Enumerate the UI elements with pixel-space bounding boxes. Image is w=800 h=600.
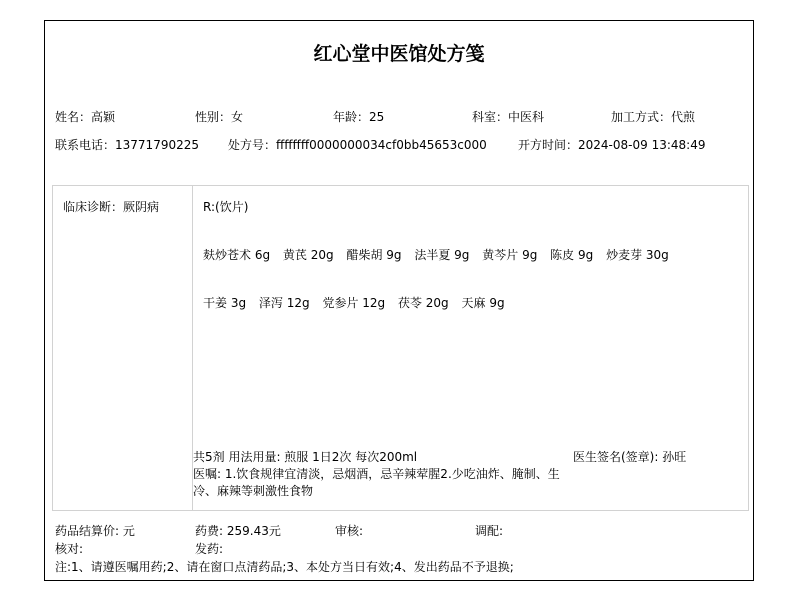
settle-price: 药品结算价: 元 xyxy=(55,523,135,539)
rx-no-label: 处方号： xyxy=(228,138,276,152)
clinical-diagnosis: 临床诊断：厥阴病 xyxy=(63,198,159,215)
phone-value: 13771790225 xyxy=(115,138,199,152)
page-title: 红心堂中医馆处方笺 xyxy=(45,39,753,66)
usage-dosage: 共5剂 用法用量: 煎服 1日2次 每次200ml xyxy=(193,448,417,465)
patient-dept: 科室：中医科 xyxy=(472,109,544,125)
patient-info-row-1: 姓名：高颖 性别：女 年龄：25 科室：中医科 加工方式：代煎 xyxy=(55,109,745,125)
herb-line-2: 干姜 3g 泽泻 12g 党参片 12g 茯苓 20g 天麻 9g xyxy=(203,294,514,311)
herb-item: 法半夏 9g xyxy=(414,248,469,262)
prescription-box: 临床诊断：厥阴病 R:(饮片) 麸炒苍术 6g 黄芪 20g 醋柴胡 9g 法半… xyxy=(52,185,749,511)
medical-advice: 医嘱: 1.饮食规律宜清淡，忌烟酒，忌辛辣荤腥2.少吃油炸、腌制、生冷、麻辣等刺… xyxy=(193,466,583,500)
herb-item: 天麻 9g xyxy=(462,296,505,310)
herb-item: 党参片 12g xyxy=(322,296,385,310)
name-label: 姓名： xyxy=(55,110,91,124)
herb-item: 干姜 3g xyxy=(203,296,246,310)
herb-item: 陈皮 9g xyxy=(550,248,593,262)
dept-value: 中医科 xyxy=(508,110,544,124)
patient-gender: 性别：女 xyxy=(195,109,243,125)
gender-label: 性别： xyxy=(195,110,231,124)
time-label: 开方时间： xyxy=(518,138,578,152)
drug-fee: 药费: 259.43元 xyxy=(195,523,281,539)
name-value: 高颖 xyxy=(91,110,115,124)
compounding: 调配: xyxy=(475,523,503,539)
advice-label: 医嘱: xyxy=(193,467,225,481)
footer-row-2: 核对: 发药: xyxy=(55,541,745,557)
checked-by: 核对: xyxy=(55,541,83,557)
advice-text: 1.饮食规律宜清淡，忌烟酒，忌辛辣荤腥2.少吃油炸、腌制、生冷、麻辣等刺激性食物 xyxy=(193,467,560,498)
footer-row-1: 药品结算价: 元 药费: 259.43元 审核: 调配: xyxy=(55,523,745,539)
prescription-sheet: 红心堂中医馆处方笺 姓名：高颖 性别：女 年龄：25 科室：中医科 加工方式：代… xyxy=(44,20,754,581)
herb-item: 炒麦芽 30g xyxy=(606,248,669,262)
rx-number: 处方号：ffffffff0000000034cf0bb45653c000 xyxy=(228,137,487,153)
herb-item: 醋柴胡 9g xyxy=(346,248,401,262)
doctor-name: 孙旺 xyxy=(662,450,686,464)
process-label: 加工方式： xyxy=(611,110,671,124)
herb-item: 泽泻 12g xyxy=(259,296,310,310)
herb-item: 黄芩片 9g xyxy=(482,248,537,262)
patient-info-row-2: 联系电话：13771790225 处方号：ffffffff0000000034c… xyxy=(55,137,745,153)
doctor-label: 医生签名(签章): xyxy=(573,450,662,464)
rx-header: R:(饮片) xyxy=(203,198,248,215)
herb-item: 麸炒苍术 6g xyxy=(203,248,270,262)
rx-no-value: ffffffff0000000034cf0bb45653c000 xyxy=(276,138,487,152)
fee-label: 药费: xyxy=(195,524,227,538)
rx-time: 开方时间：2024-08-09 13:48:49 xyxy=(518,137,705,153)
doctor-signature: 医生签名(签章): 孙旺 xyxy=(573,448,686,465)
process-value: 代煎 xyxy=(671,110,695,124)
gender-value: 女 xyxy=(231,110,243,124)
dept-label: 科室： xyxy=(472,110,508,124)
diagnosis-label: 临床诊断： xyxy=(63,200,123,214)
patient-phone: 联系电话：13771790225 xyxy=(55,137,199,153)
herb-item: 黄芪 20g xyxy=(283,248,334,262)
prescription-area: R:(饮片) 麸炒苍术 6g 黄芪 20g 醋柴胡 9g 法半夏 9g 黄芩片 … xyxy=(193,186,748,510)
process-method: 加工方式：代煎 xyxy=(611,109,695,125)
diagnosis-value: 厥阴病 xyxy=(123,200,159,214)
footer-note: 注:1、请遵医嘱用药;2、请在窗口点清药品;3、本处方当日有效;4、发出药品不予… xyxy=(55,559,514,575)
time-value: 2024-08-09 13:48:49 xyxy=(578,138,705,152)
age-value: 25 xyxy=(369,110,384,124)
age-label: 年龄： xyxy=(333,110,369,124)
herb-line-1: 麸炒苍术 6g 黄芪 20g 醋柴胡 9g 法半夏 9g 黄芩片 9g 陈皮 9… xyxy=(203,246,678,263)
review: 审核: xyxy=(335,523,363,539)
fee-value: 259.43元 xyxy=(227,524,281,538)
patient-name: 姓名：高颖 xyxy=(55,109,115,125)
herb-item: 茯苓 20g xyxy=(398,296,449,310)
patient-age: 年龄：25 xyxy=(333,109,384,125)
issued-by: 发药: xyxy=(195,541,223,557)
phone-label: 联系电话： xyxy=(55,138,115,152)
